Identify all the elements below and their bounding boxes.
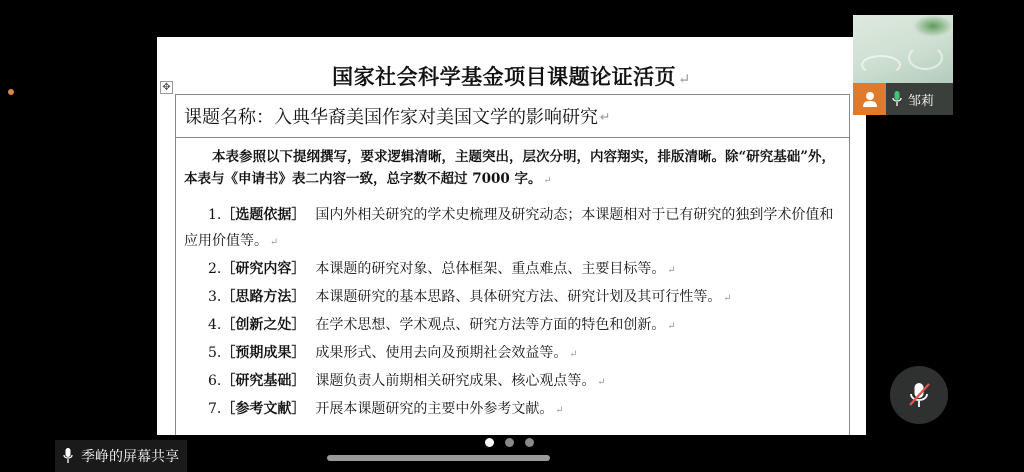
page-dot-1[interactable] [485, 438, 494, 447]
item-tag: ［选题依据］ [221, 207, 305, 223]
intro-instructions: 本表参照以下提纲撰写，要求逻辑清晰，主题突出，层次分明，内容翔实，排版清晰。除“… [184, 146, 841, 192]
subject-title: 课题名称：入典华裔美国作家对美国文学的影响研究 [184, 103, 598, 129]
list-item: 1.［选题依据］国内外相关研究的学术史梳理及研究动态；本课题相对于已有研究的独到… [184, 202, 841, 256]
participant-video-tile[interactable]: 邹莉 [853, 15, 953, 115]
outline-cell: 本表参照以下提纲撰写，要求逻辑清晰，主题突出，层次分明，内容翔实，排版清晰。除“… [176, 138, 849, 424]
table-move-handle-icon[interactable]: ✥ [160, 81, 173, 94]
participant-name: 邹莉 [908, 90, 934, 109]
list-item: 5.［预期成果］成果形式、使用去向及预期社会效益等。↵ [184, 340, 841, 368]
page-indicator[interactable] [485, 438, 534, 447]
item-tag: ［思路方法］ [221, 289, 305, 305]
avatar [853, 83, 886, 115]
list-item: 3.［思路方法］本课题研究的基本思路、具体研究方法、研究计划及其可行性等。↵ [184, 284, 841, 312]
list-item: 6.［研究基础］课题负责人前期相关研究成果、核心观点等。↵ [184, 368, 841, 396]
shared-document-page: 国家社会科学基金项目课题论证活页↵ ✥ 课题名称：入典华裔美国作家对美国文学的影… [157, 37, 866, 435]
person-icon [861, 90, 879, 108]
mic-icon [63, 448, 73, 464]
mic-on-icon [892, 91, 902, 107]
list-item: 7.［参考文献］开展本课题研究的主要中外参考文献。↵ [184, 396, 841, 424]
screen-share-label: 季峥的屏幕共享 [55, 440, 187, 472]
item-tag: ［预期成果］ [221, 345, 305, 361]
item-tag: ［研究内容］ [221, 261, 305, 277]
list-item: 4.［创新之处］在学术思想、学术观点、研究方法等方面的特色和创新。↵ [184, 312, 841, 340]
page-dot-2[interactable] [505, 438, 514, 447]
status-dot [8, 89, 14, 95]
mute-toggle-button[interactable] [890, 366, 948, 424]
document-title: 国家社会科学基金项目课题论证活页↵ [157, 61, 866, 91]
home-indicator-bar[interactable] [327, 455, 550, 461]
subject-row: 课题名称：入典华裔美国作家对美国文学的影响研究↵ [176, 95, 849, 138]
item-tag: ［研究基础］ [221, 373, 305, 389]
paragraph-mark: ↵ [678, 71, 691, 88]
form-table: 课题名称：入典华裔美国作家对美国文学的影响研究↵ 本表参照以下提纲撰写，要求逻辑… [175, 94, 850, 435]
participant-name-bar: 邹莉 [853, 83, 953, 115]
item-tag: ［参考文献］ [221, 401, 305, 417]
page-dot-3[interactable] [525, 438, 534, 447]
outline-list: 1.［选题依据］国内外相关研究的学术史梳理及研究动态；本课题相对于已有研究的独到… [184, 202, 841, 424]
item-tag: ［创新之处］ [221, 317, 305, 333]
list-item: 2.［研究内容］本课题的研究对象、总体框架、重点难点、主要目标等。↵ [184, 256, 841, 284]
mic-muted-icon [905, 380, 933, 410]
